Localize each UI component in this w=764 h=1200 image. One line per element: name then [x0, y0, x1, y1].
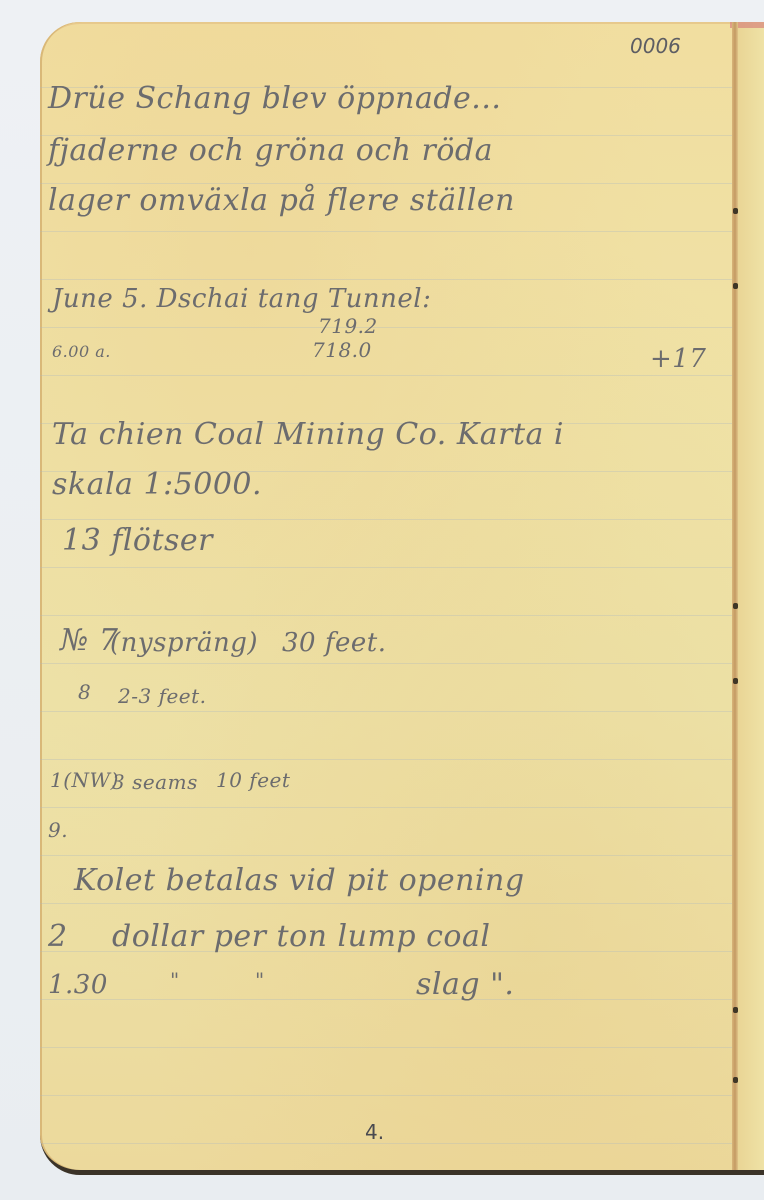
binding-gutter: [732, 22, 738, 1170]
intro-line-2: fjaderne och gröna och röda: [48, 136, 493, 166]
ditto-mark: ": [170, 970, 180, 990]
seam-1nw-value: 10 feet: [216, 770, 290, 790]
payment-line-1: Kolet betalas vid pit opening: [74, 866, 525, 896]
seam-8-value: 2-3 feet.: [118, 686, 207, 706]
binding-stitch: [733, 678, 738, 684]
page-number: 4.: [365, 1120, 384, 1144]
reading-1: 719.2: [318, 316, 378, 336]
scanned-notebook: 0006 Drüe Schang blev öppnade... fjadern…: [0, 0, 764, 1200]
binding-stitch: [733, 283, 738, 289]
archive-number: 0006: [630, 34, 681, 58]
seam-9-label: 9.: [48, 820, 68, 840]
payment-line-3: slag ".: [416, 970, 514, 1000]
seam-1nw-note: 3 seams: [112, 772, 198, 792]
intro-line-1: Drüe Schang blev öppnade...: [48, 84, 501, 114]
coal-company-line-3: 13 flötser: [62, 526, 213, 556]
ditto-mark: ": [255, 970, 265, 990]
coal-company-line-1: Ta chien Coal Mining Co. Karta i: [52, 420, 564, 450]
binding-stitch: [733, 1077, 738, 1083]
date-heading: June 5. Dschai tang Tunnel:: [52, 286, 431, 312]
facing-page-edge: [738, 22, 764, 1175]
binding-stitch: [733, 603, 738, 609]
seam-8-label: 8: [78, 682, 91, 702]
binding-stitch: [733, 208, 738, 214]
seam-1nw-label: 1(NW): [50, 770, 119, 790]
reading-2: 718.0: [312, 340, 372, 360]
temperature: +17: [650, 346, 706, 372]
payment-line-2: dollar per ton lump coal: [112, 922, 490, 952]
binding-stitch: [733, 1007, 738, 1013]
intro-line-3: lager omväxla på flere ställen: [48, 186, 515, 216]
time-note: 6.00 a.: [52, 344, 111, 360]
seam-7-note: (nyspräng): [110, 630, 258, 656]
payment-amount-130: 1.30: [48, 972, 108, 998]
seam-7-value: 30 feet.: [282, 630, 386, 656]
payment-amount-2: 2: [48, 922, 68, 952]
coal-company-line-2: skala 1:5000.: [52, 470, 262, 500]
